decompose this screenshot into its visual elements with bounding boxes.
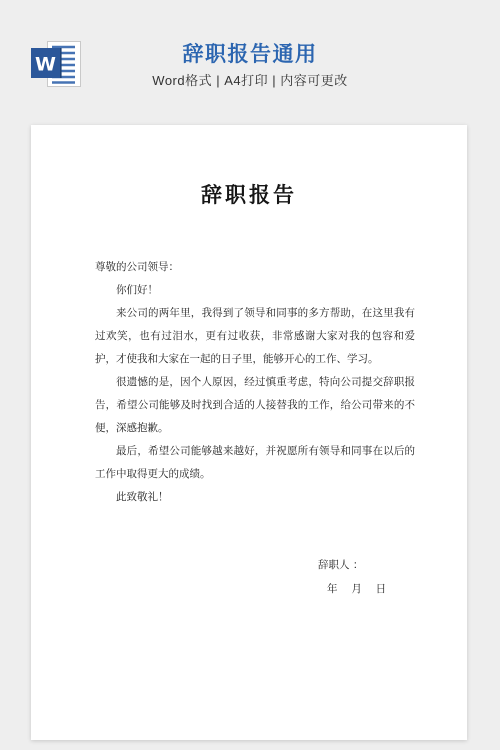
- paragraph: 来公司的两年里，我得到了领导和同事的多方帮助，在这里我有过欢笑，也有过泪水，更有…: [95, 302, 415, 371]
- header-text: 辞职报告通用 Word格式 | A4打印 | 内容可更改: [0, 0, 500, 89]
- salutation: 尊敬的公司领导：: [95, 256, 415, 279]
- date-line: 年 月 日: [327, 577, 415, 601]
- document-title: 辞职报告: [31, 180, 467, 210]
- document-body: 尊敬的公司领导： 你们好！ 来公司的两年里，我得到了领导和同事的多方帮助，在这里…: [95, 256, 415, 601]
- template-subtitle: Word格式 | A4打印 | 内容可更改: [0, 73, 500, 89]
- document-page-preview: 辞职报告 尊敬的公司领导： 你们好！ 来公司的两年里，我得到了领导和同事的多方帮…: [31, 125, 467, 740]
- template-header: W 辞职报告通用 Word格式 | A4打印 | 内容可更改: [0, 0, 500, 122]
- signature-block: 辞职人 ： 年 月 日: [95, 553, 415, 601]
- template-title: 辞职报告通用: [0, 43, 500, 67]
- paragraph: 很遗憾的是，因个人原因，经过慎重考虑，特向公司提交辞职报告，希望公司能够及时找到…: [95, 371, 415, 440]
- signer-line: 辞职人 ：: [318, 553, 415, 577]
- paragraph: 你们好！: [95, 279, 415, 302]
- paragraph: 最后，希望公司能够越来越好，并祝愿所有领导和同事在以后的工作中取得更大的成绩。: [95, 440, 415, 486]
- paragraph: 此致敬礼！: [95, 486, 415, 509]
